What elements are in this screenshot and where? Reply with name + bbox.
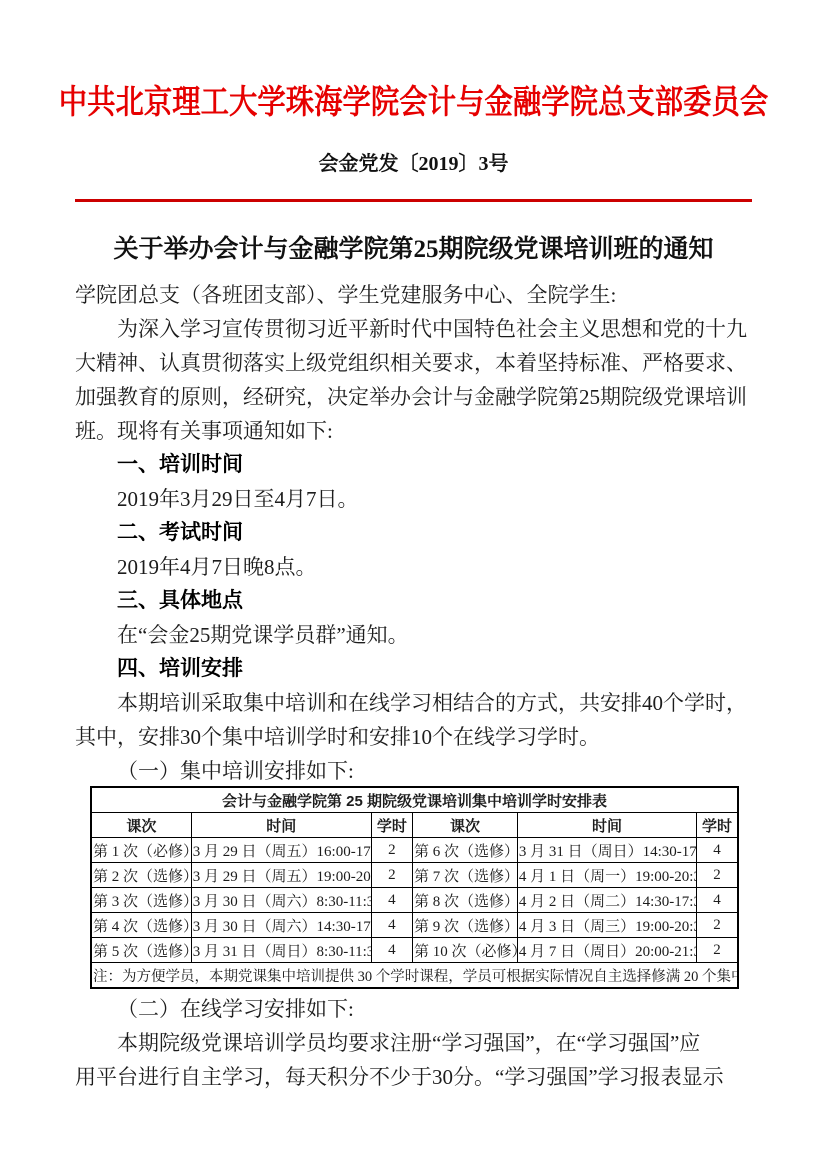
arrangement-line: 本期培训采取集中培训和在线学习相结合的方式，共安排40个学时， xyxy=(75,686,755,720)
column-header-time: 时间 xyxy=(517,813,696,838)
cell-time: 3 月 31 日（周日）14:30-17:30 xyxy=(517,838,696,863)
notice-body-continued: （二）在线学习安排如下: 本期院级党课培训学员均要求注册“学习强国”，在“学习强… xyxy=(75,992,755,1094)
online-line: 本期院级党课培训学员均要求注册“学习强国”，在“学习强国”应 xyxy=(75,1026,755,1060)
section-body-exam-time: 2019年4月7日晚8点。 xyxy=(75,550,755,584)
cell-session: 第 7 次（选修） xyxy=(413,863,518,888)
table-row: 第 5 次（选修） 3 月 31 日（周日）8:30-11:30 4 第 10 … xyxy=(91,938,738,963)
table-row: 第 3 次（选修） 3 月 30 日（周六）8:30-11:30 4 第 8 次… xyxy=(91,888,738,913)
cell-time: 3 月 31 日（周日）8:30-11:30 xyxy=(191,938,371,963)
table-title: 会计与金融学院第 25 期院级党课培训集中培训学时安排表 xyxy=(91,787,738,813)
cell-session: 第 2 次（选修） xyxy=(91,863,191,888)
schedule-table: 会计与金融学院第 25 期院级党课培训集中培训学时安排表 课次 时间 学时 课次… xyxy=(90,786,739,989)
cell-hours: 2 xyxy=(697,863,738,888)
intro-line: 为深入学习宣传贯彻习近平新时代中国特色社会主义思想和党的十九 xyxy=(75,312,755,346)
table-note: 注：为方便学员，本期党课集中培训提供 30 个学时课程，学员可根据实际情况自主选… xyxy=(91,963,738,989)
cell-time: 3 月 30 日（周六）14:30-17:30 xyxy=(191,913,371,938)
cell-session: 第 4 次（选修） xyxy=(91,913,191,938)
intro-line: 大精神、认真贯彻落实上级党组织相关要求，本着坚持标准、严格要求、 xyxy=(75,346,755,380)
cell-hours: 4 xyxy=(371,938,412,963)
letterhead-divider xyxy=(75,199,752,202)
notice-body: 学院团总支（各班团支部）、学生党建服务中心、全院学生: 为深入学习宣传贯彻习近平… xyxy=(75,278,755,788)
intro-line: 加强教育的原则，经研究，决定举办会计与金融学院第25期院级党课培训 xyxy=(75,380,755,414)
section-body-training-time: 2019年3月29日至4月7日。 xyxy=(75,482,755,516)
org-title: 中共北京理工大学珠海学院会计与金融学院总支部委员会 xyxy=(58,76,769,123)
cell-time: 4 月 1 日（周一）19:00-20:30 xyxy=(517,863,696,888)
column-header-hours: 学时 xyxy=(697,813,738,838)
cell-time: 3 月 29 日（周五）16:00-17:30 xyxy=(191,838,371,863)
table-row: 第 1 次（必修） 3 月 29 日（周五）16:00-17:30 2 第 6 … xyxy=(91,838,738,863)
cell-hours: 2 xyxy=(697,913,738,938)
cell-session: 第 5 次（选修） xyxy=(91,938,191,963)
cell-hours: 4 xyxy=(697,888,738,913)
cell-session: 第 6 次（选修） xyxy=(413,838,518,863)
cell-hours: 2 xyxy=(697,938,738,963)
online-line: 用平台进行自主学习，每天积分不少于30分。“学习强国”学习报表显示 xyxy=(75,1060,755,1094)
section-title-arrangement: 四、培训安排 xyxy=(75,652,755,686)
cell-hours: 2 xyxy=(371,863,412,888)
section-title-location: 三、具体地点 xyxy=(75,584,755,618)
intro-line: 班。现将有关事项通知如下: xyxy=(75,414,755,448)
cell-session: 第 10 次（必修） xyxy=(413,938,518,963)
arrangement-line: 其中，安排30个集中培训学时和安排10个在线学习学时。 xyxy=(75,720,755,754)
cell-session: 第 9 次（选修） xyxy=(413,913,518,938)
schedule-table-wrap: 会计与金融学院第 25 期院级党课培训集中培训学时安排表 课次 时间 学时 课次… xyxy=(90,786,739,989)
table-row: 第 2 次（选修） 3 月 29 日（周五）19:00-20:30 2 第 7 … xyxy=(91,863,738,888)
column-header-session: 课次 xyxy=(91,813,191,838)
cell-time: 4 月 3 日（周三）19:00-20:30 xyxy=(517,913,696,938)
cell-hours: 2 xyxy=(371,838,412,863)
section-title-training-time: 一、培训时间 xyxy=(75,448,755,482)
cell-hours: 4 xyxy=(697,838,738,863)
subsection-label-online: （二）在线学习安排如下: xyxy=(75,992,755,1026)
salutation: 学院团总支（各班团支部）、学生党建服务中心、全院学生: xyxy=(75,278,755,312)
section-title-exam-time: 二、考试时间 xyxy=(75,516,755,550)
column-header-session: 课次 xyxy=(413,813,518,838)
table-row: 第 4 次（选修） 3 月 30 日（周六）14:30-17:30 4 第 9 … xyxy=(91,913,738,938)
subsection-label-centralized: （一）集中培训安排如下: xyxy=(75,754,755,788)
cell-hours: 4 xyxy=(371,888,412,913)
document-page: 中共北京理工大学珠海学院会计与金融学院总支部委员会 会金党发〔2019〕3号 关… xyxy=(0,0,827,1169)
cell-time: 4 月 7 日（周日）20:00-21:30 xyxy=(517,938,696,963)
cell-session: 第 3 次（选修） xyxy=(91,888,191,913)
cell-time: 3 月 30 日（周六）8:30-11:30 xyxy=(191,888,371,913)
column-header-hours: 学时 xyxy=(371,813,412,838)
column-header-time: 时间 xyxy=(191,813,371,838)
cell-time: 3 月 29 日（周五）19:00-20:30 xyxy=(191,863,371,888)
cell-hours: 4 xyxy=(371,913,412,938)
cell-time: 4 月 2 日（周二）14:30-17:30 xyxy=(517,888,696,913)
cell-session: 第 8 次（选修） xyxy=(413,888,518,913)
cell-session: 第 1 次（必修） xyxy=(91,838,191,863)
section-body-location: 在“会金25期党课学员群”通知。 xyxy=(75,618,755,652)
doc-number: 会金党发〔2019〕3号 xyxy=(0,147,827,176)
notice-title: 关于举办会计与金融学院第25期院级党课培训班的通知 xyxy=(0,229,827,265)
